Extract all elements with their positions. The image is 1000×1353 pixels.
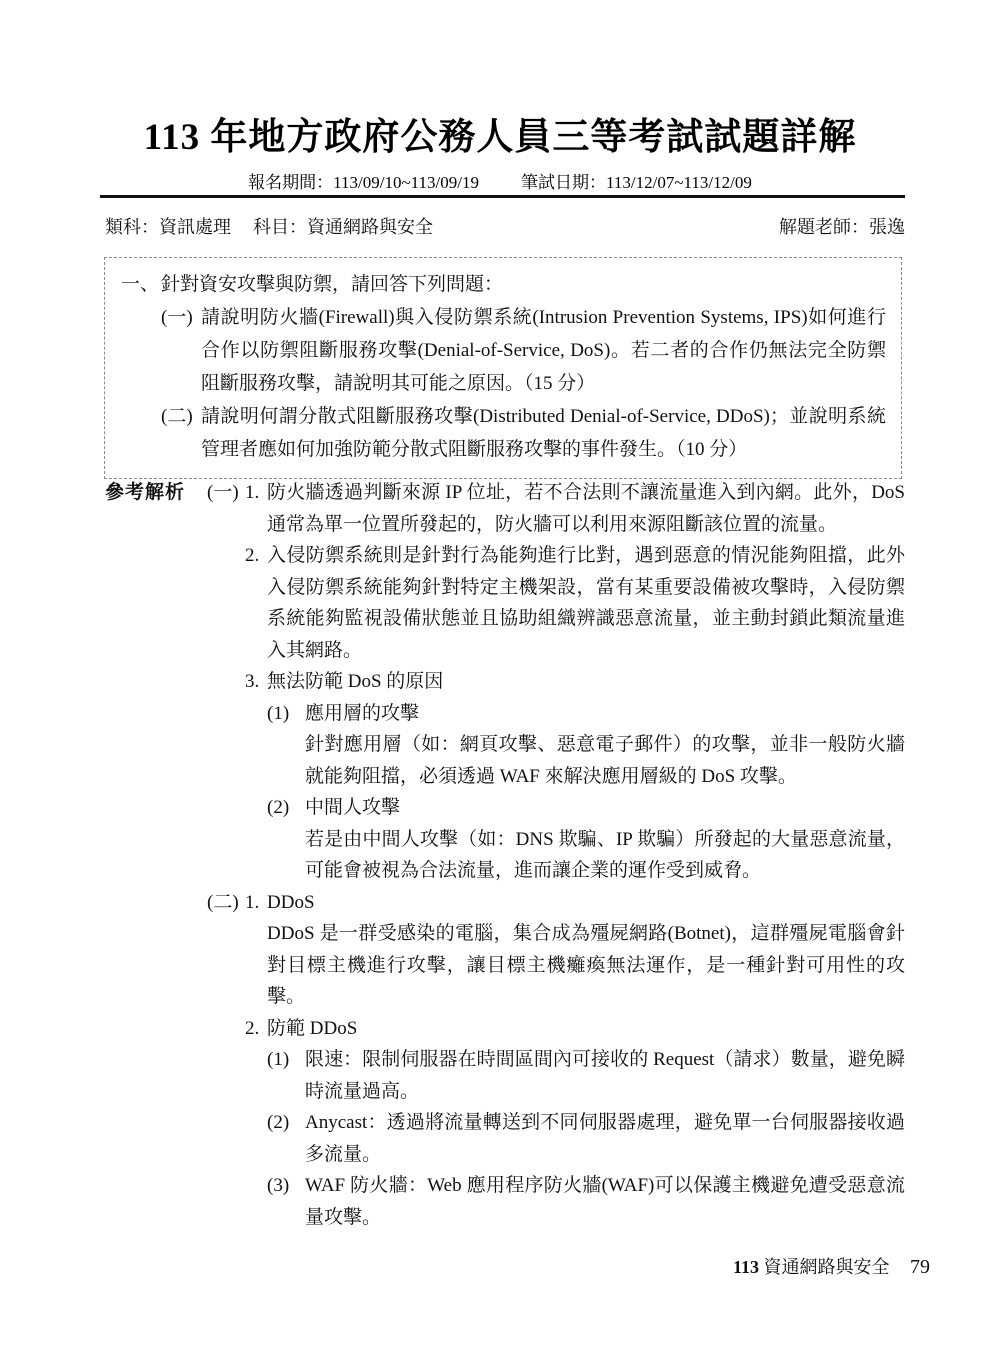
- exam-dates: 報名期間：113/09/10~113/09/19筆試日期：113/12/07~1…: [0, 168, 1000, 193]
- answer-item-number: 2.: [245, 1013, 267, 1234]
- answer-item-body: 防範 DDoS(1)限速：限制伺服器在時間區間內可接收的 Request（請求）…: [267, 1013, 905, 1234]
- meta-row: 類科：資訊處理科目：資通網路與安全 解題老師：張逸: [105, 213, 905, 239]
- answer-subitem-number: (2): [267, 792, 305, 887]
- answer-item-text: 防火牆透過判斷來源 IP 位址，若不合法則不讓流量進入到內網。此外，DoS 通常…: [267, 477, 905, 540]
- answer-item-number: 1.: [245, 887, 267, 1013]
- question-row: 一、 針對資安攻擊與防禦，請回答下列問題： (一)請說明防火牆(Firewall…: [121, 268, 886, 466]
- question-part: (一)請說明防火牆(Firewall)與入侵防禦系統(Intrusion Pre…: [161, 301, 886, 400]
- exam-solution-page: 113 年地方政府公務人員三等考試試題詳解 報名期間：113/09/10~113…: [0, 0, 1000, 1353]
- answer-item-body: 防火牆透過判斷來源 IP 位址，若不合法則不讓流量進入到內網。此外，DoS 通常…: [267, 477, 905, 540]
- answer-subitem: (1)應用層的攻擊針對應用層（如：網頁攻擊、惡意電子郵件）的攻擊，並非一般防火牆…: [267, 698, 905, 793]
- answer-subitem-title: 中間人攻擊: [305, 792, 905, 824]
- answer-item-title: 無法防範 DoS 的原因: [267, 666, 905, 698]
- answer-subitem: (1)限速：限制伺服器在時間區間內可接收的 Request（請求）數量，避免瞬時…: [267, 1044, 905, 1107]
- answer-subitem-body: 中間人攻擊若是由中間人攻擊（如：DNS 欺騙、IP 欺騙）所發起的大量惡意流量，…: [305, 792, 905, 887]
- answer-subitem-body: 限速：限制伺服器在時間區間內可接收的 Request（請求）數量，避免瞬時流量過…: [305, 1044, 905, 1107]
- exam-date: 筆試日期：113/12/07~113/12/09: [521, 173, 752, 192]
- answer-item-number: 1.: [245, 477, 267, 540]
- question-intro: 針對資安攻擊與防禦，請回答下列問題：: [161, 268, 886, 301]
- meta-left: 類科：資訊處理科目：資通網路與安全: [105, 213, 433, 239]
- answer-item-text: DDoS 是一群受感染的電腦，集合成為殭屍網路(Botnet)，這群殭屍電腦會針…: [267, 918, 905, 1013]
- answer-section: (一)1.防火牆透過判斷來源 IP 位址，若不合法則不讓流量進入到內網。此外，D…: [207, 477, 905, 887]
- question-number: 一、: [121, 268, 161, 466]
- answer-section: (二)1.DDoSDDoS 是一群受感染的電腦，集合成為殭屍網路(Botnet)…: [207, 887, 905, 1234]
- answer-subitem: (2)中間人攻擊若是由中間人攻擊（如：DNS 欺騙、IP 欺騙）所發起的大量惡意…: [267, 792, 905, 887]
- answer-subitem-text: 針對應用層（如：網頁攻擊、惡意電子郵件）的攻擊，並非一般防火牆就能夠阻擋，必須透…: [305, 729, 905, 792]
- answer-subitem-number: (1): [267, 1044, 305, 1107]
- answer-subitem-text: WAF 防火牆：Web 應用程序防火牆(WAF)可以保護主機避免遭受惡意流量攻擊…: [305, 1170, 905, 1233]
- question-part: (二)請說明何謂分散式阻斷服務攻擊(Distributed Denial-of-…: [161, 400, 886, 466]
- answer-item-number: 2.: [245, 540, 267, 666]
- question-parts: (一)請說明防火牆(Firewall)與入侵防禦系統(Intrusion Pre…: [161, 301, 886, 466]
- category-label: 類科：資訊處理: [105, 217, 231, 237]
- answer-subitem-text: Anycast：透過將流量轉送到不同伺服器處理，避免單一台伺服器接收過多流量。: [305, 1107, 905, 1170]
- header-divider: [100, 195, 905, 198]
- answer-item: 3.無法防範 DoS 的原因(1)應用層的攻擊針對應用層（如：網頁攻擊、惡意電子…: [245, 666, 905, 887]
- answer-item-number: 3.: [245, 666, 267, 887]
- page-title: 113 年地方政府公務人員三等考試試題詳解: [0, 106, 1000, 160]
- answer-item-body: 無法防範 DoS 的原因(1)應用層的攻擊針對應用層（如：網頁攻擊、惡意電子郵件…: [267, 666, 905, 887]
- answer-item: 1.防火牆透過判斷來源 IP 位址，若不合法則不讓流量進入到內網。此外，DoS …: [245, 477, 905, 540]
- question-part-text: 請說明何謂分散式阻斷服務攻擊(Distributed Denial-of-Ser…: [201, 400, 886, 466]
- answer-section-marker: (一): [207, 477, 245, 887]
- answer-item-text: 入侵防禦系統則是針對行為能夠進行比對，遇到惡意的情況能夠阻擋，此外入侵防禦系統能…: [267, 540, 905, 666]
- answer-subitem-body: Anycast：透過將流量轉送到不同伺服器處理，避免單一台伺服器接收過多流量。: [305, 1107, 905, 1170]
- answer-subitem-text: 若是由中間人攻擊（如：DNS 欺騙、IP 欺騙）所發起的大量惡意流量，可能會被視…: [305, 824, 905, 887]
- page-footer: 113 資通網路與安全 79: [0, 1253, 930, 1279]
- footer-subject: 資通網路與安全: [764, 1257, 890, 1277]
- answer-item-body: 入侵防禦系統則是針對行為能夠進行比對，遇到惡意的情況能夠阻擋，此外入侵防禦系統能…: [267, 540, 905, 666]
- answer-item-title: 防範 DDoS: [267, 1013, 905, 1045]
- answer-section-body: 1.防火牆透過判斷來源 IP 位址，若不合法則不讓流量進入到內網。此外，DoS …: [245, 477, 905, 887]
- answer-subitem: (3)WAF 防火牆：Web 應用程序防火牆(WAF)可以保護主機避免遭受惡意流…: [267, 1170, 905, 1233]
- answer-item-body: DDoSDDoS 是一群受感染的電腦，集合成為殭屍網路(Botnet)，這群殭屍…: [267, 887, 905, 1013]
- answer-subitem-text: 限速：限制伺服器在時間區間內可接收的 Request（請求）數量，避免瞬時流量過…: [305, 1044, 905, 1107]
- reference-analysis-label: 參考解析: [105, 477, 207, 1233]
- answer-subitem-body: WAF 防火牆：Web 應用程序防火牆(WAF)可以保護主機避免遭受惡意流量攻擊…: [305, 1170, 905, 1233]
- answer-section-body: 1.DDoSDDoS 是一群受感染的電腦，集合成為殭屍網路(Botnet)，這群…: [245, 887, 905, 1234]
- answer-item-title: DDoS: [267, 887, 905, 919]
- subject-label: 科目：資通網路與安全: [253, 217, 433, 237]
- question-box: 一、 針對資安攻擊與防禦，請回答下列問題： (一)請說明防火牆(Firewall…: [104, 257, 902, 479]
- answer-subitem-title: 應用層的攻擊: [305, 698, 905, 730]
- question-part-marker: (二): [161, 400, 201, 466]
- question-part-text: 請說明防火牆(Firewall)與入侵防禦系統(Intrusion Preven…: [201, 301, 886, 400]
- footer-page-number: 79: [910, 1256, 930, 1278]
- answer-subitem-number: (1): [267, 698, 305, 793]
- registration-period: 報名期間：113/09/10~113/09/19: [248, 173, 479, 192]
- question-body: 針對資安攻擊與防禦，請回答下列問題： (一)請說明防火牆(Firewall)與入…: [161, 268, 886, 466]
- question-part-marker: (一): [161, 301, 201, 400]
- footer-volume: 113: [733, 1257, 759, 1277]
- answer-item: 2.防範 DDoS(1)限速：限制伺服器在時間區間內可接收的 Request（請…: [245, 1013, 905, 1234]
- answer-section-marker: (二): [207, 887, 245, 1234]
- answer-sections: (一)1.防火牆透過判斷來源 IP 位址，若不合法則不讓流量進入到內網。此外，D…: [207, 477, 905, 1233]
- answer-subitem-body: 應用層的攻擊針對應用層（如：網頁攻擊、惡意電子郵件）的攻擊，並非一般防火牆就能夠…: [305, 698, 905, 793]
- solver-label: 解題老師：張逸: [779, 213, 905, 239]
- answer-item: 1.DDoSDDoS 是一群受感染的電腦，集合成為殭屍網路(Botnet)，這群…: [245, 887, 905, 1013]
- answer-item: 2.入侵防禦系統則是針對行為能夠進行比對，遇到惡意的情況能夠阻擋，此外入侵防禦系…: [245, 540, 905, 666]
- answer-subitem-number: (3): [267, 1170, 305, 1233]
- answer-subitem-number: (2): [267, 1107, 305, 1170]
- answer-subitem: (2)Anycast：透過將流量轉送到不同伺服器處理，避免單一台伺服器接收過多流…: [267, 1107, 905, 1170]
- answer-area: 參考解析 (一)1.防火牆透過判斷來源 IP 位址，若不合法則不讓流量進入到內網…: [105, 477, 905, 1233]
